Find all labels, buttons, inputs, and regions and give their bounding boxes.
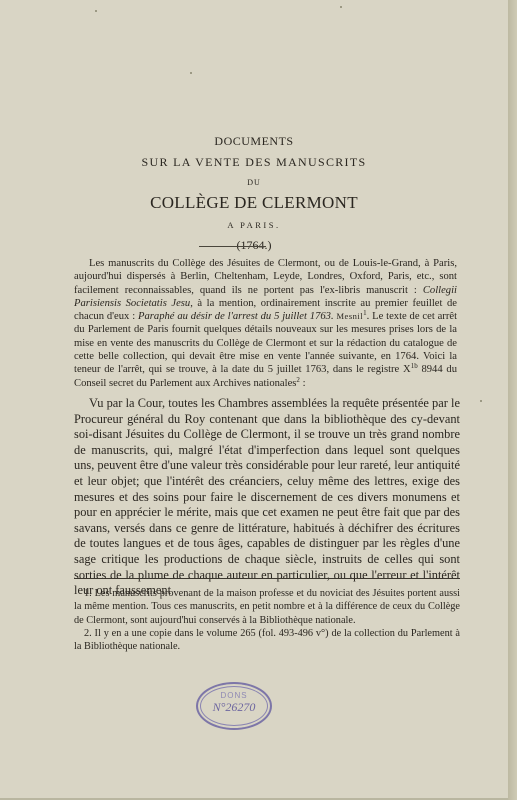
document-page: DOCUMENTS SUR LA VENTE DES MANUSCRITS DU…	[0, 0, 510, 798]
intro-text-1: Les manuscrits du Collège des Jésuites d…	[74, 258, 457, 296]
title-place: A PARIS.	[0, 220, 508, 230]
title-subtitle: SUR LA VENTE DES MANUSCRITS	[0, 155, 508, 170]
stamp-number: N°26270	[198, 700, 270, 715]
paper-speck	[480, 400, 482, 402]
footnote-divider	[74, 578, 460, 579]
intro-signature: Mesnil	[336, 311, 363, 321]
title-divider	[199, 246, 266, 247]
main-text: Vu par la Cour, toutes les Chambres asse…	[74, 396, 460, 599]
footnotes: 1. Les manuscrits provenant de la maison…	[74, 587, 460, 653]
paper-speck	[190, 72, 192, 74]
intro-text-5: :	[300, 378, 306, 389]
intro-italic-mention: Paraphé au désir de l'arrest du 5 juille…	[138, 311, 334, 322]
library-stamp: DONS N°26270	[196, 682, 272, 730]
main-paragraph: Vu par la Cour, toutes les Chambres asse…	[74, 396, 460, 599]
paper-speck	[340, 6, 342, 8]
footnote-2: 2. Il y en a une copie dans le volume 26…	[74, 627, 460, 654]
register-superscript: 1b	[411, 362, 418, 370]
page-edge	[508, 0, 517, 800]
stamp-label: DONS	[198, 691, 270, 700]
title-du: DU	[0, 178, 508, 187]
title-documents: DOCUMENTS	[0, 134, 508, 149]
paper-speck	[95, 10, 97, 12]
footnote-1: 1. Les manuscrits provenant de la maison…	[74, 587, 460, 627]
title-college: COLLÈGE DE CLERMONT	[0, 193, 508, 213]
intro-paragraph: Les manuscrits du Collège des Jésuites d…	[74, 257, 457, 390]
